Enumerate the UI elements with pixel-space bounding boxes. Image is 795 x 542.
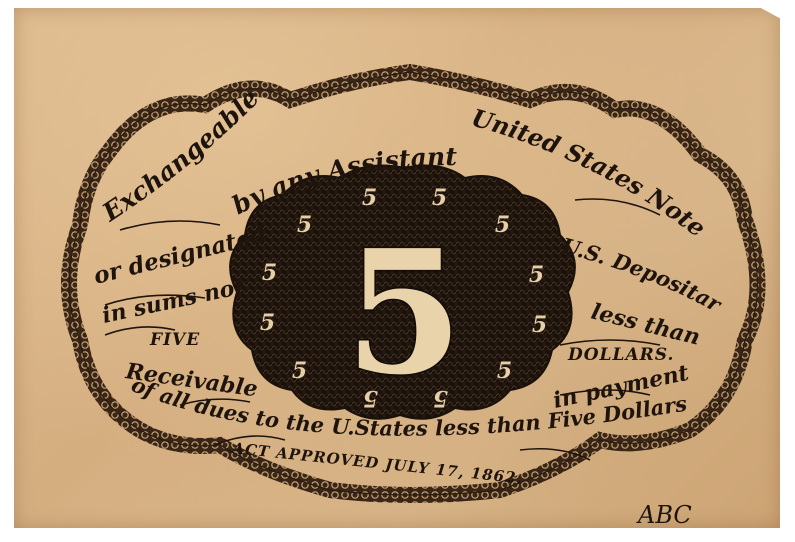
text-exchangeable: Exchangeable for xyxy=(0,0,265,228)
text-five: FIVE xyxy=(149,330,200,350)
monogram: ABC xyxy=(636,501,692,529)
small-numeral: 5 xyxy=(297,212,313,238)
small-numeral: 5 xyxy=(532,312,548,338)
banknote-engraving: 5 5 5 5 5 5 5 5 5 5 5 5 5 Exchangea xyxy=(0,0,795,542)
small-numeral: 5 xyxy=(495,212,511,238)
small-numeral: 5 xyxy=(292,358,308,384)
small-numeral: 5 xyxy=(432,185,448,211)
small-numeral: 5 xyxy=(260,310,276,336)
center-medallion: 5 5 5 5 5 5 5 5 5 5 5 5 5 xyxy=(230,166,575,419)
small-numeral: 5 xyxy=(362,185,378,211)
small-numeral: 5 xyxy=(262,260,278,286)
small-numeral: 5 xyxy=(497,358,513,384)
text-dollars: DOLLARS. xyxy=(567,345,674,365)
small-numeral: 5 xyxy=(529,262,545,288)
large-numeral: 5 xyxy=(345,213,463,413)
